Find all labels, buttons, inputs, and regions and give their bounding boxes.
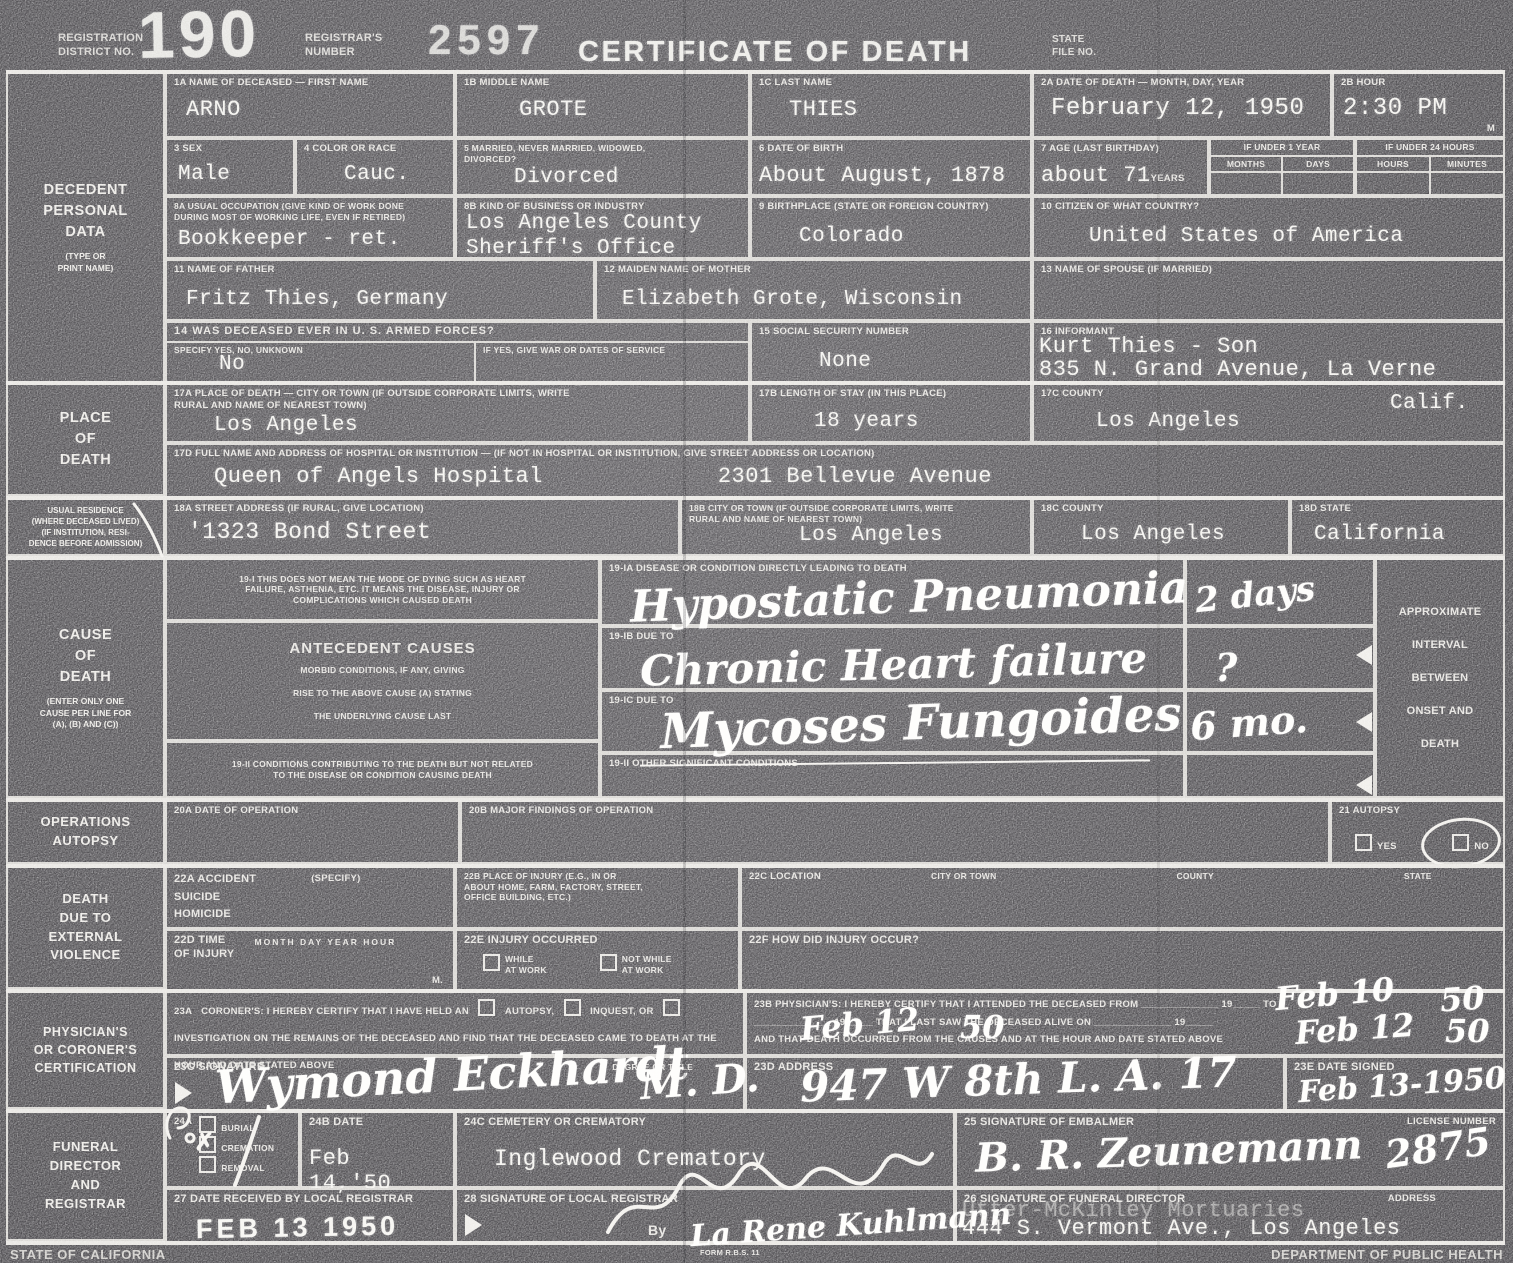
footer-department: DEPARTMENT OF PUBLIC HEALTH [1271, 1247, 1503, 1263]
field-2b-value: 2:30 PM [1343, 95, 1496, 122]
field-12-mother: 12 MAIDEN NAME OF MOTHER Elizabeth Grote… [595, 259, 1032, 321]
field-1c-last-name: 1C LAST NAME THIES [750, 72, 1032, 138]
section-label: FUNERAL DIRECTOR AND REGISTRAR [45, 1138, 126, 1213]
cause-19ib-interval-handwriting: ? [1215, 645, 1237, 690]
divider [6, 381, 1505, 385]
field-16-informant-state-overflow: Calif. [1390, 392, 1469, 415]
section-place-of-death: PLACE OF DEATH [6, 383, 165, 496]
field-if-under-1-year: IF UNDER 1 YEAR MONTHS DAYS [1209, 138, 1355, 196]
date-received-stamp: FEB 13 1950 [196, 1210, 447, 1245]
section-sublabel: (ENTER ONLY ONE CAUSE PER LINE FOR (A), … [40, 696, 132, 732]
field-17d-hospital-address: 2301 Bellevue Avenue [718, 464, 992, 489]
field-9-birthplace: 9 BIRTHPLACE (STATE OR FOREIGN COUNTRY) … [750, 196, 1032, 259]
local-registrar-signature-scrawl [600, 1120, 940, 1240]
section-funeral-director: FUNERAL DIRECTOR AND REGISTRAR [6, 1111, 165, 1241]
interval-arrow-icon [1356, 645, 1372, 665]
attended-to-year-handwriting: 50 [960, 1008, 1005, 1046]
address-label: ADDRESS [1388, 1193, 1436, 1207]
field-23a-text1: CORONER'S: I HEREBY CERTIFY THAT I HAVE … [201, 1006, 469, 1017]
field-3-label: 3 SEX [174, 143, 286, 155]
coroner-inquest-checkbox [564, 999, 581, 1016]
field-5-value: Divorced [514, 166, 741, 189]
field-11-value: Fritz Thies, Germany [186, 288, 586, 311]
coroner-investigation-checkbox [663, 999, 680, 1016]
field-18d-state: 18D STATE California [1290, 498, 1505, 556]
under-1-year-label: IF UNDER 1 YEAR [1211, 140, 1353, 155]
field-22b-place-of-injury: 22B PLACE OF INJURY (E.G., IN OR ABOUT H… [455, 866, 740, 929]
not-while-at-work-checkbox [600, 954, 617, 971]
section-label: CAUSE OF DEATH [59, 625, 112, 688]
field-23a-number: 23A [174, 1006, 192, 1017]
field-7-unit-label: YEARS [1151, 173, 1185, 185]
field-19ii-interval [1185, 753, 1375, 798]
field-2a-value: February 12, 1950 [1051, 95, 1323, 122]
divider [6, 798, 1505, 802]
section-label: USUAL RESIDENCE (WHERE DECEASED LIVED) (… [29, 505, 143, 550]
field-3-value: Male [178, 163, 286, 186]
field-17a-place-of-death: 17A PLACE OF DEATH — CITY OR TOWN (IF OU… [165, 383, 750, 443]
section-label: PHYSICIAN'S OR CORONER'S CERTIFICATION [34, 1023, 137, 1077]
field-4-color-or-race: 4 COLOR OR RACE Cauc. [295, 138, 455, 196]
field-8b-value: Los Angeles County Sheriff's Office [466, 211, 741, 261]
field-18a-value: '1323 Bond Street [188, 519, 671, 545]
field-20b-label: 20B MAJOR FINDINGS OF OPERATION [469, 805, 1321, 817]
field-14-label: 14 WAS DECEASED EVER IN U. S. ARMED FORC… [167, 323, 748, 341]
divider [6, 556, 1505, 560]
field-if-under-24-hours: IF UNDER 24 HOURS HOURS MINUTES [1355, 138, 1505, 196]
autopsy-yes-label: YES [1377, 841, 1397, 852]
funeral-pen-mark [160, 1098, 202, 1146]
field-8a-label: 8A USUAL OCCUPATION (GIVE KIND OF WORK D… [174, 201, 446, 222]
interval-heading-text: APPROXIMATE INTERVAL BETWEEN ONSET AND D… [1399, 604, 1482, 753]
field-1c-value: THIES [789, 97, 1023, 122]
registration-district-value: 190 [137, 0, 260, 73]
field-22c-location: 22C LOCATION CITY OR TOWN COUNTY STATE [740, 866, 1505, 929]
field-24b-date: 24B DATE Feb 14,'50 [300, 1111, 455, 1188]
field-22b-label: 22B PLACE OF INJURY (E.G., IN OR ABOUT H… [464, 871, 731, 903]
field-18a-street-address: 18A STREET ADDRESS (IF RURAL, GIVE LOCAT… [165, 498, 680, 556]
cause-19ii-left-text: 19-II CONDITIONS CONTRIBUTING TO THE DEA… [232, 759, 533, 780]
section-operations-autopsy: OPERATIONS AUTOPSY [6, 800, 165, 864]
field-18c-county: 18C COUNTY Los Angeles [1032, 498, 1290, 556]
field-18d-label: 18D STATE [1299, 503, 1496, 515]
months-label: MONTHS [1211, 157, 1281, 173]
field-23a-text3: INQUEST, OR [590, 1006, 653, 1017]
field-2a-date-of-death: 2A DATE OF DEATH — MONTH, DAY, YEAR Febr… [1032, 72, 1332, 138]
field-18d-value: California [1314, 523, 1496, 546]
interval-arrow-icon [1356, 775, 1372, 795]
field-20a-date-of-operation: 20A DATE OF OPERATION [165, 800, 460, 864]
while-at-work-checkbox [483, 954, 500, 971]
field-1b-label: 1B MIDDLE NAME [464, 77, 741, 89]
field-13-spouse: 13 NAME OF SPOUSE (IF MARRIED) [1032, 259, 1505, 321]
field-11-label: 11 NAME OF FATHER [174, 264, 586, 276]
section-decedent-personal-data: DECEDENT PERSONAL DATA (TYPE OR PRINT NA… [6, 72, 165, 383]
field-18b-value: Los Angeles [799, 524, 1023, 547]
field-12-label: 12 MAIDEN NAME OF MOTHER [604, 264, 1023, 276]
field-25-label: 25 SIGNATURE OF EMBALMER [964, 1116, 1134, 1130]
field-22c-label: 22C LOCATION [749, 871, 821, 883]
section-label: OPERATIONS AUTOPSY [41, 813, 131, 851]
field-21-label: 21 AUTOPSY [1339, 805, 1496, 817]
section-cause-of-death: CAUSE OF DEATH (ENTER ONLY ONE CAUSE PER… [6, 558, 165, 798]
divider [6, 70, 1505, 74]
field-6-date-of-birth: 6 DATE OF BIRTH About August, 1878 [750, 138, 1032, 196]
divider [6, 496, 1505, 500]
funeral-director-address-typed: 444 S. Vermont Ave., Los Angeles [962, 1216, 1400, 1241]
autopsy-yes-checkbox [1355, 834, 1372, 851]
last-seen-alive-year-handwriting: 50 [1445, 1012, 1490, 1050]
field-7-value: about 71 [1041, 163, 1151, 188]
field-1c-label: 1C LAST NAME [759, 77, 1023, 89]
field-17a-label: 17A PLACE OF DEATH — CITY OR TOWN (IF OU… [174, 388, 714, 412]
cause-19ic-interval-handwriting: 6 mo. [1189, 696, 1310, 749]
removal-checkbox [199, 1156, 216, 1173]
field-18c-value: Los Angeles [1081, 523, 1281, 546]
field-1b-value: GROTE [519, 97, 741, 122]
field-22f-label: 22F HOW DID INJURY OCCUR? [749, 934, 1496, 948]
field-10-label: 10 CITIZEN OF WHAT COUNTRY? [1041, 201, 1496, 213]
field-15-value: None [819, 350, 1023, 373]
section-label: PLACE OF DEATH [60, 408, 112, 471]
cause-antecedent-box: ANTECEDENT CAUSES MORBID CONDITIONS, IF … [165, 621, 600, 741]
cause-19i-text: 19-I THIS DOES NOT MEAN THE MODE OF DYIN… [239, 574, 526, 606]
field-17b-value: 18 years [814, 410, 1023, 433]
field-17d-hospital-name: Queen of Angels Hospital [214, 464, 543, 489]
field-14-war-label: IF YES, GIVE WAR OR DATES OF SERVICE [483, 345, 741, 356]
field-6-label: 6 DATE OF BIRTH [759, 143, 1023, 155]
field-2b-hour: 2B HOUR 2:30 PM M [1332, 72, 1505, 138]
not-while-at-work-label: NOT WHILE AT WORK [622, 954, 672, 975]
field-17a-value: Los Angeles [214, 414, 741, 437]
days-label: DAYS [1283, 157, 1353, 173]
cause-19ii-left-box: 19-II CONDITIONS CONTRIBUTING TO THE DEA… [165, 741, 600, 798]
physician-degree-handwriting: M. D. [639, 1054, 761, 1109]
field-18b-city: 18B CITY OR TOWN (IF OUTSIDE CORPORATE L… [680, 498, 1032, 556]
field-8a-value: Bookkeeper - ret. [178, 228, 446, 251]
field-8b-business: 8B KIND OF BUSINESS OR INDUSTRY Los Ange… [455, 196, 750, 259]
field-16-informant: 16 INFORMANT Kurt Thies - Son 835 N. Gra… [1032, 321, 1505, 383]
signature-arrow-icon [465, 1214, 482, 1236]
field-17b-label: 17B LENGTH OF STAY (IN THIS PLACE) [759, 388, 1023, 400]
field-14-armed-forces: 14 WAS DECEASED EVER IN U. S. ARMED FORC… [165, 321, 750, 383]
divider [6, 864, 1505, 868]
field-22d-label: 22D TIME OF INJURY [174, 934, 235, 962]
field-10-citizen: 10 CITIZEN OF WHAT COUNTRY? United State… [1032, 196, 1505, 259]
registrar-number-label: REGISTRAR'S NUMBER [305, 32, 382, 60]
residence-pen-mark [128, 498, 168, 560]
field-1a-value: ARNO [186, 97, 446, 122]
field-24b-label: 24B DATE [309, 1116, 446, 1130]
field-1b-middle-name: 1B MIDDLE NAME GROTE [455, 72, 750, 138]
field-1a-label: 1A NAME OF DECEASED — FIRST NAME [174, 77, 446, 89]
antecedent-causes-body: MORBID CONDITIONS, IF ANY, GIVING RISE T… [293, 665, 472, 722]
field-15-ssn: 15 SOCIAL SECURITY NUMBER None [750, 321, 1032, 383]
interval-arrow-icon [1356, 712, 1372, 732]
field-12-value: Elizabeth Grote, Wisconsin [622, 288, 1023, 311]
field-4-label: 4 COLOR OR RACE [304, 143, 446, 155]
field-2b-meridiem-label: M [1487, 123, 1495, 135]
field-20a-label: 20A DATE OF OPERATION [174, 805, 451, 817]
field-13-label: 13 NAME OF SPOUSE (IF MARRIED) [1041, 264, 1496, 276]
field-22d-meridiem-label: M. [432, 975, 443, 987]
field-3-sex: 3 SEX Male [165, 138, 295, 196]
field-16-informant-address: 835 N. Grand Avenue, La Verne [1039, 357, 1496, 382]
field-7-age: 7 AGE (LAST BIRTHDAY) about 71 YEARS [1032, 138, 1209, 196]
field-9-label: 9 BIRTHPLACE (STATE OR FOREIGN COUNTRY) [759, 201, 1023, 213]
field-18a-label: 18A STREET ADDRESS (IF RURAL, GIVE LOCAT… [174, 503, 671, 515]
cause-19i-instructions: 19-I THIS DOES NOT MEAN THE MODE OF DYIN… [165, 558, 600, 621]
field-2b-label: 2B HOUR [1341, 77, 1496, 89]
field-22e-injury-occurred: 22E INJURY OCCURRED WHILE AT WORK NOT WH… [455, 929, 740, 991]
field-22d-time-of-injury: 22D TIME OF INJURY MONTH DAY YEAR HOUR M… [165, 929, 455, 991]
field-14-value: No [219, 353, 467, 376]
field-18b-label: 18B CITY OR TOWN (IF OUTSIDE CORPORATE L… [689, 503, 1023, 524]
field-22a-label: 22A ACCIDENT SUICIDE HOMICIDE [174, 871, 256, 924]
field-10-value: United States of America [1089, 225, 1496, 248]
field-17d-label: 17D FULL NAME AND ADDRESS OF HOSPITAL OR… [174, 448, 1496, 460]
section-sublabel: (TYPE OR PRINT NAME) [58, 251, 114, 275]
form-number-label: FORM R.B.S. 11 [700, 1248, 760, 1257]
interval-heading-box: APPROXIMATE INTERVAL BETWEEN ONSET AND D… [1375, 558, 1505, 798]
state-file-no-label: STATE FILE NO. [1052, 34, 1096, 59]
field-27-date-received: 27 DATE RECEIVED BY LOCAL REGISTRAR FEB … [165, 1188, 455, 1243]
field-20b-major-findings: 20B MAJOR FINDINGS OF OPERATION [460, 800, 1330, 864]
minutes-label: MINUTES [1431, 157, 1503, 173]
certificate-title: CERTIFICATE OF DEATH [578, 36, 972, 69]
while-at-work-label: WHILE AT WORK [505, 954, 547, 975]
field-6-value: About August, 1878 [759, 163, 1023, 188]
field-23a-text2: AUTOPSY, [505, 1006, 554, 1017]
field-11-father: 11 NAME OF FATHER Fritz Thies, Germany [165, 259, 595, 321]
field-22c-city-label: CITY OR TOWN [931, 871, 997, 883]
field-22a-specify-label: (SPECIFY) [311, 873, 360, 924]
field-22e-label: 22E INJURY OCCURRED [464, 934, 731, 948]
field-16-informant-name: Kurt Thies - Son [1039, 334, 1496, 359]
section-label: DEATH DUE TO EXTERNAL VIOLENCE [48, 890, 122, 965]
field-22d-columns-label: MONTH DAY YEAR HOUR [255, 937, 397, 962]
field-8a-occupation: 8A USUAL OCCUPATION (GIVE KIND OF WORK D… [165, 196, 455, 259]
field-5-marital-status: 5 MARRIED, NEVER MARRIED, WIDOWED, DIVOR… [455, 138, 750, 196]
field-18c-label: 18C COUNTY [1041, 503, 1281, 515]
field-22c-state-label: STATE [1404, 871, 1432, 883]
field-22a-accident-suicide-homicide: 22A ACCIDENT SUICIDE HOMICIDE (SPECIFY) [165, 866, 455, 929]
field-5-label: 5 MARRIED, NEVER MARRIED, WIDOWED, DIVOR… [464, 143, 741, 164]
under-24-hours-label: IF UNDER 24 HOURS [1357, 140, 1503, 155]
field-4-value: Cauc. [344, 163, 446, 186]
registration-district-label: REGISTRATION DISTRICT NO. [58, 32, 143, 60]
field-21-autopsy: 21 AUTOPSY YES NO [1330, 800, 1505, 864]
cremation-pen-slash [225, 1113, 265, 1188]
field-2a-label: 2A DATE OF DEATH — MONTH, DAY, YEAR [1041, 77, 1323, 89]
field-19ib-interval [1185, 626, 1375, 690]
footer-state: STATE OF CALIFORNIA [10, 1247, 166, 1263]
hours-label: HOURS [1357, 157, 1429, 173]
field-1a-first-name: 1A NAME OF DECEASED — FIRST NAME ARNO [165, 72, 455, 138]
field-17d-hospital: 17D FULL NAME AND ADDRESS OF HOSPITAL OR… [165, 443, 1505, 498]
antecedent-causes-title: ANTECEDENT CAUSES [289, 640, 475, 659]
registrar-number-value: 2597 [428, 16, 545, 64]
death-certificate-scan: REGISTRATION DISTRICT NO. 190 REGISTRAR'… [0, 0, 1513, 1263]
section-physician-certification: PHYSICIAN'S OR CORONER'S CERTIFICATION [6, 991, 165, 1109]
field-15-label: 15 SOCIAL SECURITY NUMBER [759, 326, 1023, 338]
field-7-label: 7 AGE (LAST BIRTHDAY) [1041, 143, 1200, 155]
section-death-external-violence: DEATH DUE TO EXTERNAL VIOLENCE [6, 866, 165, 989]
field-9-value: Colorado [799, 225, 1023, 248]
field-27-label: 27 DATE RECEIVED BY LOCAL REGISTRAR [174, 1193, 446, 1207]
section-label: DECEDENT PERSONAL DATA [43, 180, 128, 243]
field-17b-length-of-stay: 17B LENGTH OF STAY (IN THIS PLACE) 18 ye… [750, 383, 1032, 443]
coroner-autopsy-checkbox [478, 999, 495, 1016]
field-22c-county-label: COUNTY [1176, 871, 1213, 883]
